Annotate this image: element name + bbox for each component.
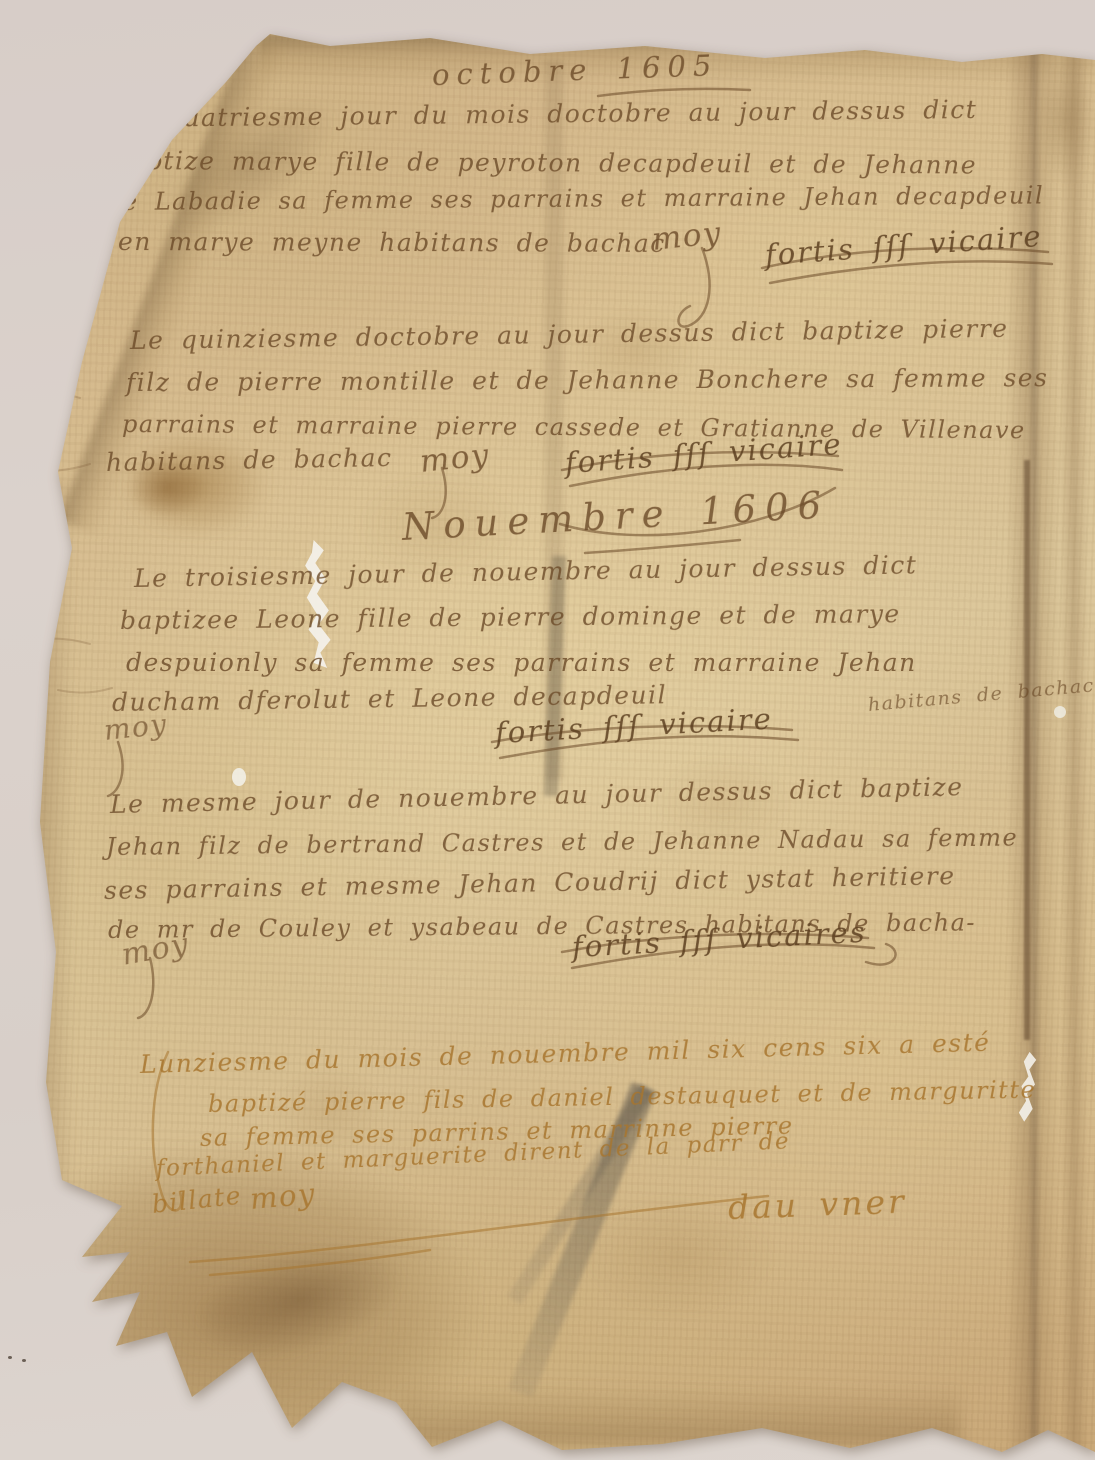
stain-bottom-left-rim [153,1202,447,1397]
stain-bottom-band [400,1385,960,1445]
scanner-bed: octobre 1605 Le quatriesme jour du mois … [0,0,1095,1460]
fold-crease-right-secondary [1060,55,1088,1455]
entry-4-line-2: Jehan filz de bertrand Castres et de Jeh… [106,823,1018,861]
entry-5-line-2: baptizé pierre fils de daniel destauquet… [208,1076,1037,1118]
entry-3-line-3: despuionly sa femme ses parrains et marr… [126,648,917,677]
entry-3-line-1: Le troisiesme jour de nouembre au jour d… [134,550,918,593]
entry-1-signature: fortis ſſſ vicaire [764,219,1044,272]
entry-5-signature: dau vner [727,1182,907,1227]
entry-1-line-1: Le quatriesme jour du mois doctobre au j… [115,95,978,133]
entry-5-line-1: Lunziesme du mois de nouembre mil six ce… [140,1028,991,1079]
manuscript-page: octobre 1605 Le quatriesme jour du mois … [0,0,1095,1460]
entry-4-line-3: ses parrains et mesme Jehan Coudrij dict… [104,861,956,905]
entry-5-line-5: billate [150,1181,243,1219]
tear-white-dot [1054,706,1066,718]
month-header: octobre 1605 [431,48,718,92]
entry-3-line-2: baptizee Leone fille de pierre dominge e… [120,599,901,635]
entry-1-line-3: de Labadie sa femme ses parrains et marr… [106,181,1044,216]
heading-underline [585,540,740,553]
entry-1-line-2: baptize marye fille de peyroton decapdeu… [112,146,977,180]
entry-2-line-2: filz de pierre montille et de Jehanne Bo… [126,363,1049,397]
section-heading: Nouembre 1606 [401,484,831,549]
entry-5-closing: moy [249,1176,318,1216]
stain-left-edge-band [25,480,73,1200]
fold-tear-shadow [1024,460,1030,1040]
tear-white-speck [232,768,246,786]
entry-1-closing: moy [650,215,723,258]
entry-2-line-1: Le quinziesme doctobre au jour dessus di… [130,314,1009,355]
entry-3-side-note: habitans de bachac [867,674,1095,716]
manuscript-page-wrap: octobre 1605 Le quatriesme jour du mois … [0,0,1095,1460]
moy-flourish-1 [678,248,709,327]
stain-top-right-corner [1038,55,1095,185]
sig4-tail [866,944,896,965]
entry5-short-swash [210,1250,430,1275]
entry-2-line-4: habitans de bachac [106,443,393,477]
entry-2-closing: moy [418,437,491,480]
moy-flourish-3 [108,742,123,796]
entry-4-line-1: Le mesme jour de nouembre au jour dessus… [110,772,964,819]
entry-3-closing: moy [102,707,169,746]
header-underline [598,89,750,96]
bleedthrough-marks [12,250,112,693]
entry-1-line-4: en marye meyne habitans de bachac [118,227,666,258]
entry-2-line-3: parrains et marraine pierre cassede et G… [122,410,1026,444]
